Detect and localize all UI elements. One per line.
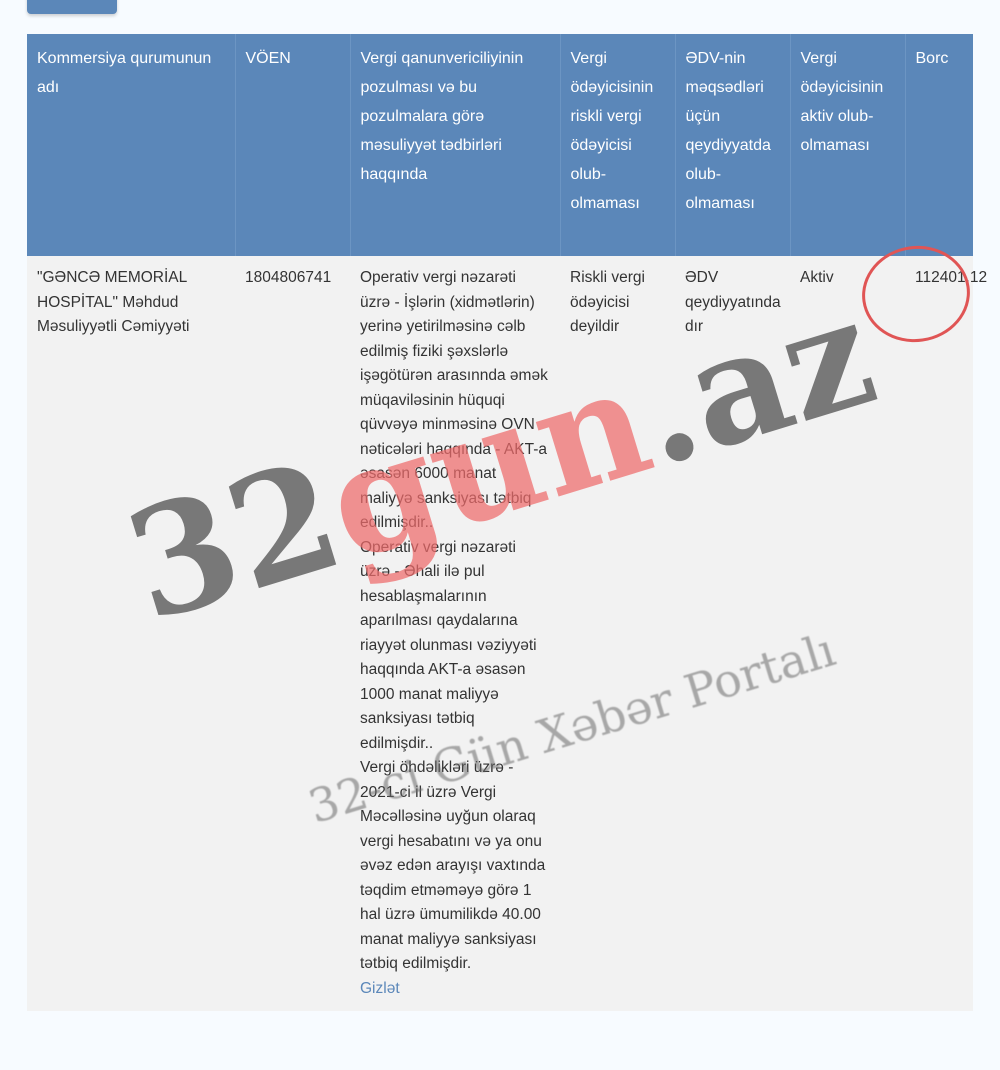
cell-active-status: Aktiv (790, 256, 905, 1011)
table-header-row: Kommersiya qurumunun adı VÖEN Vergi qanu… (27, 34, 973, 256)
cell-vat-status: ƏDV qeydiyyatında dır (675, 256, 790, 1011)
violation-item: Operativ vergi nəzarəti üzrə - Əhali ilə… (360, 536, 550, 757)
header-risky-status: Vergi ödəyicisinin riskli vergi ödəyicis… (560, 34, 675, 256)
header-company-name: Kommersiya qurumunun adı (27, 34, 235, 256)
violation-item: Operativ vergi nəzarəti üzrə - İşlərin (… (360, 266, 550, 536)
violation-item: Vergi öhdəlikləri üzrə - 2021-ci il üzrə… (360, 756, 550, 977)
header-active-status: Vergi ödəyicisinin aktiv olub-olmaması (790, 34, 905, 256)
header-voen: VÖEN (235, 34, 350, 256)
cell-debt: 112401.12 (905, 256, 973, 1011)
hide-details-link[interactable]: Gizlət (360, 977, 400, 1002)
header-debt: Borc (905, 34, 973, 256)
taxpayer-results-table: Kommersiya qurumunun adı VÖEN Vergi qanu… (27, 34, 973, 1011)
cell-violations: Operativ vergi nəzarəti üzrə - İşlərin (… (350, 256, 560, 1011)
header-vat-status: ƏDV-nin məqsədləri üçün qeydiyyatda olub… (675, 34, 790, 256)
table-row: "GƏNCƏ MEMORİAL HOSPİTAL" Məhdud Məsuliy… (27, 256, 973, 1011)
cell-voen: 1804806741 (235, 256, 350, 1011)
cell-risky-status: Riskli vergi ödəyicisi deyildir (560, 256, 675, 1011)
cell-company-name: "GƏNCƏ MEMORİAL HOSPİTAL" Məhdud Məsuliy… (27, 256, 235, 1011)
top-action-button[interactable] (27, 0, 117, 14)
header-violations: Vergi qanunvericiliyinin pozulması və bu… (350, 34, 560, 256)
